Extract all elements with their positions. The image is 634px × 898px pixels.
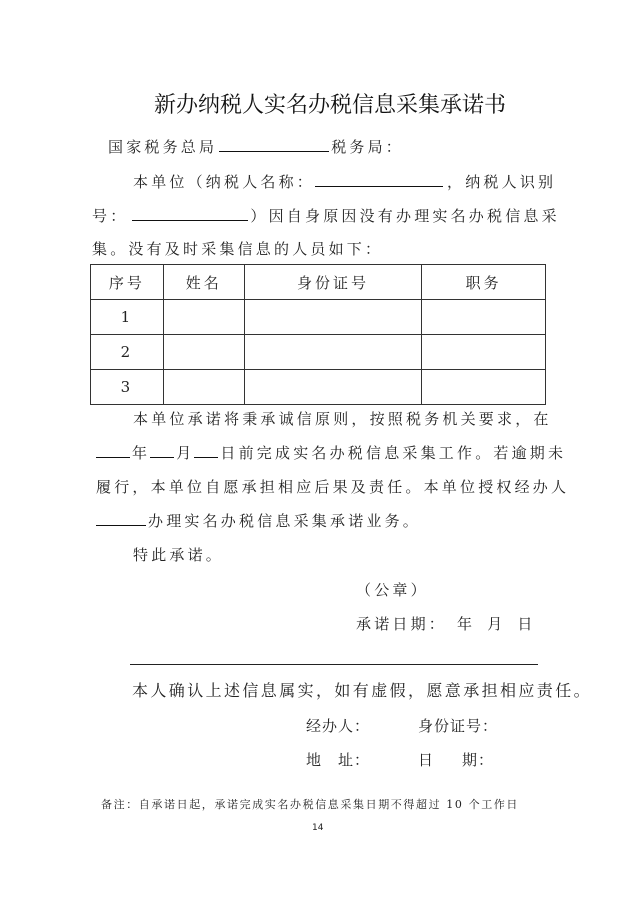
addressee-line: 国家税务总局税务局： — [108, 137, 404, 157]
official-seal-label: （公章） — [356, 580, 429, 600]
header-serial: 序号 — [91, 265, 164, 300]
header-position: 职务 — [422, 265, 546, 300]
commit-date-label: 承诺日期： — [356, 615, 447, 633]
date-label-a: 日 — [418, 751, 434, 769]
agent-label: 经办人： — [306, 716, 370, 736]
table-header-row: 序号 姓名 身份证号 职务 — [91, 265, 546, 300]
year-label: 年 — [132, 444, 150, 462]
date-label-b: 期： — [462, 751, 494, 769]
commit-date-day: 日 — [517, 615, 535, 633]
commitment-line-4-text: 办理实名办税信息采集承诺业务。 — [148, 512, 421, 530]
commit-date-line: 承诺日期：年月日 — [356, 614, 536, 634]
cell-id-number[interactable] — [244, 370, 422, 405]
cell-name[interactable] — [163, 370, 244, 405]
cell-name[interactable] — [163, 335, 244, 370]
taxpayer-id-blank[interactable] — [132, 206, 248, 221]
intro-line-1: 本单位（纳税人名称：，纳税人识别 — [133, 172, 556, 192]
intro-line-1-a: 本单位（纳税人名称： — [133, 173, 315, 191]
addressee-suffix: 税务局： — [331, 138, 404, 156]
authorized-agent-blank[interactable] — [96, 511, 146, 526]
deadline-month-blank[interactable] — [150, 443, 174, 458]
cell-serial: 3 — [91, 370, 164, 405]
table-row: 2 — [91, 335, 546, 370]
commit-date-year: 年 — [457, 615, 475, 633]
tax-bureau-blank[interactable] — [219, 137, 329, 152]
cell-position[interactable] — [422, 335, 546, 370]
commitment-line-2: 年月日前完成实名办税信息采集工作。若逾期未 — [96, 443, 566, 463]
deadline-day-blank[interactable] — [194, 443, 218, 458]
cell-name[interactable] — [163, 300, 244, 335]
cell-id-number[interactable] — [244, 300, 422, 335]
header-id-number: 身份证号 — [244, 265, 422, 300]
footnote-remark: 备注：自承诺日起，承诺完成实名办税信息采集日期不得超过 10 个工作日 — [101, 796, 519, 812]
commit-date-month: 月 — [487, 615, 505, 633]
intro-line-1-b: ，纳税人识别 — [447, 173, 556, 191]
cell-serial: 2 — [91, 335, 164, 370]
closing-text: 特此承诺。 — [133, 545, 224, 565]
cell-id-number[interactable] — [244, 335, 422, 370]
id-number-label: 身份证号： — [418, 716, 498, 736]
date-label: 日期： — [418, 750, 494, 770]
commitment-line-3: 履行，本单位自愿承担相应后果及责任。本单位授权经办人 — [96, 477, 569, 497]
month-label: 月 — [176, 444, 194, 462]
intro-line-2: 号：）因自身原因没有办理实名办税信息采 — [92, 206, 560, 226]
deadline-year-blank[interactable] — [96, 443, 130, 458]
intro-line-2-a: 号： — [92, 207, 128, 225]
header-name: 姓名 — [163, 265, 244, 300]
separator-line — [130, 664, 538, 665]
commitment-line-4: 办理实名办税信息采集承诺业务。 — [96, 511, 421, 531]
personnel-table: 序号 姓名 身份证号 职务 1 2 3 — [90, 264, 546, 405]
page-number: 14 — [312, 823, 323, 833]
cell-position[interactable] — [422, 370, 546, 405]
taxpayer-name-blank[interactable] — [315, 172, 443, 187]
addressee-prefix: 国家税务总局 — [108, 138, 217, 156]
intro-line-2-b: ）因自身原因没有办理实名办税信息采 — [250, 207, 559, 225]
commitment-line-1: 本单位承诺将秉承诚信原则，按照税务机关要求，在 — [133, 409, 552, 429]
cell-serial: 1 — [91, 300, 164, 335]
table-row: 1 — [91, 300, 546, 335]
document-title: 新办纳税人实名办税信息采集承诺书 — [0, 88, 634, 119]
intro-line-3: 集。没有及时采集信息的人员如下： — [92, 239, 383, 259]
cell-position[interactable] — [422, 300, 546, 335]
address-label: 地 址： — [306, 750, 370, 770]
confirmation-text: 本人确认上述信息属实，如有虚假，愿意承担相应责任。 — [132, 681, 592, 701]
table-row: 3 — [91, 370, 546, 405]
commitment-line-2-rest: 日前完成实名办税信息采集工作。若逾期未 — [220, 444, 566, 462]
